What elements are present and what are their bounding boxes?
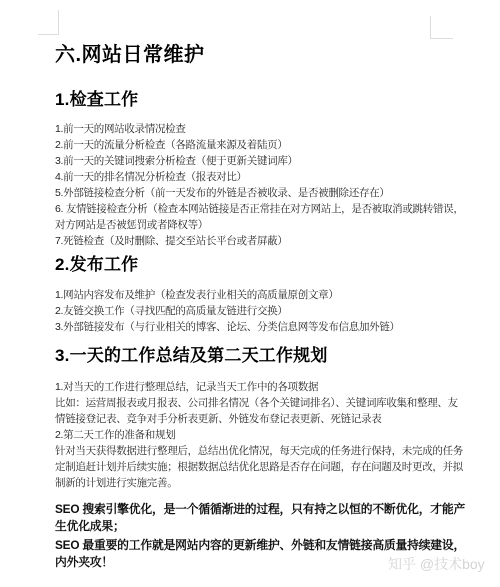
text-line: 比如：运营周报表或月报表、公司排名情况（各个关键词排名）、关键词库收集和整理、友 xyxy=(55,395,463,411)
text-line: 制新的计划进行实施完善。 xyxy=(55,475,463,491)
text-line: 1.对当天的工作进行整理总结，记录当天工作中的各项数据 xyxy=(55,379,463,395)
document-title: 六.网站日常维护 xyxy=(55,38,205,67)
text-line: 1.网站内容发布及维护（检查发表行业相关的高质量原创文章） xyxy=(55,287,400,303)
section-3-heading: 3.一天的工作总结及第二天工作规划 xyxy=(55,346,463,366)
text-line: 5.外部链接检查分析（前一天发布的外链是否被收录、是否被删除还存在） xyxy=(55,185,464,201)
emphasis-paragraph-1: SEO 搜索引擎优化，是一个循循渐进的过程，只有持之以恒的不断优化，才能产 生优… xyxy=(55,501,465,535)
section-publish-work: 2.发布工作 1.网站内容发布及维护（检查发表行业相关的高质量原创文章） 2.友… xyxy=(55,255,400,335)
section-check-work: 1.检查工作 1.前一天的网站收录情况检查 2.前一天的流量分析检查（各路流量来… xyxy=(55,90,464,249)
text-line: 针对当天获得数据进行整理后，总结出优化情况，每天完成的任务进行保持，未完成的任务 xyxy=(55,443,463,459)
margin-corner-mark-left xyxy=(38,10,59,35)
text-line: 1.前一天的网站收录情况检查 xyxy=(55,121,464,137)
section-2-heading: 2.发布工作 xyxy=(55,255,400,275)
zhihu-watermark: 知乎 @技术boy xyxy=(388,554,485,574)
section-1-heading: 1.检查工作 xyxy=(55,90,464,110)
text-line: 7.死链检查（及时删除、提交至站长平台或者屏蔽） xyxy=(55,233,464,249)
text-line: 情链接登记表、竞争对手分析表更新、外链发布登记表更新、死链记录表 xyxy=(55,411,463,427)
text-line: 2.第二天工作的准备和规划 xyxy=(55,427,463,443)
section-2-body: 1.网站内容发布及维护（检查发表行业相关的高质量原创文章） 2.友链交换工作（寻… xyxy=(55,287,400,335)
text-line: 3.前一天的关键词搜索分析检查（便于更新关键词库） xyxy=(55,153,464,169)
text-line: 4.前一天的排名情况分析检查（报表对比） xyxy=(55,169,464,185)
document-page: 六.网站日常维护 1.检查工作 1.前一天的网站收录情况检查 2.前一天的流量分… xyxy=(0,0,500,587)
margin-corner-mark-right xyxy=(430,16,453,39)
section-3-body: 1.对当天的工作进行整理总结，记录当天工作中的各项数据 比如：运营周报表或月报表… xyxy=(55,379,463,491)
text-line: SEO 最重要的工作就是网站内容的更新维护、外链和友情链接高质量持续建设， xyxy=(55,537,465,554)
text-line: SEO 搜索引擎优化，是一个循循渐进的过程，只有持之以恒的不断优化，才能产 xyxy=(55,501,465,518)
text-line: 定制追赶计划并后续实施；根据数据总结优化思路是否存在问题，存在问题及时更改，并拟 xyxy=(55,459,463,475)
text-line: 对方网站是否被惩罚或者降权等） xyxy=(55,217,464,233)
text-line: 2.友链交换工作（寻找匹配的高质量友链进行交换） xyxy=(55,303,400,319)
text-line: 3.外部链接发布（与行业相关的博客、论坛、分类信息网等发布信息加外链） xyxy=(55,319,400,335)
text-line: 生优化成果； xyxy=(55,518,465,535)
text-line: 2.前一天的流量分析检查（各路流量来源及着陆页） xyxy=(55,137,464,153)
section-1-body: 1.前一天的网站收录情况检查 2.前一天的流量分析检查（各路流量来源及着陆页） … xyxy=(55,121,464,249)
section-summary-planning: 3.一天的工作总结及第二天工作规划 1.对当天的工作进行整理总结，记录当天工作中… xyxy=(55,346,463,491)
text-line: 6. 友情链接检查分析（检查本网站链接是否正常挂在对方网站上，是否被取消或跳转错… xyxy=(55,201,464,217)
